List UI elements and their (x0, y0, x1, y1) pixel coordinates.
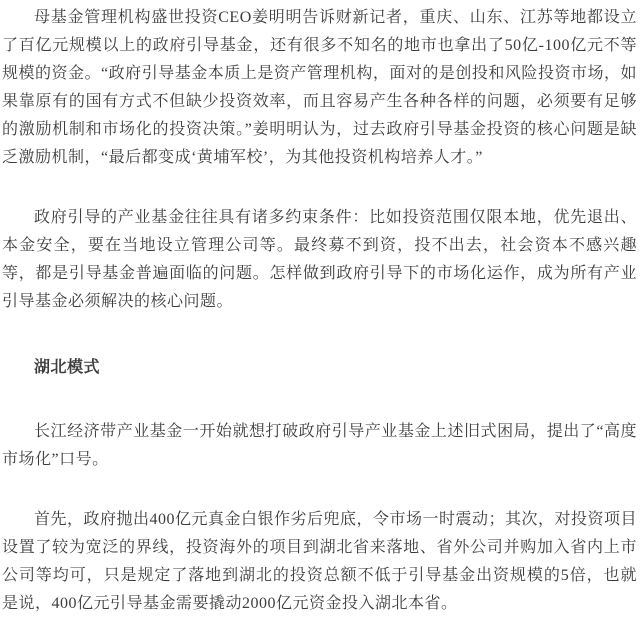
paragraph-fund-leverage-rules: 首先，政府抛出400亿元真金白银作劣后兜底，令市场一时震动；其次，对投资项目设置… (2, 506, 637, 618)
section-heading-hubei-model: 湖北模式 (2, 354, 637, 382)
paragraph-fund-managers: 母基金管理机构盛世投资CEO姜明明告诉财新记者，重庆、山东、江苏等地都设立了百亿… (2, 4, 637, 172)
paragraph-yangtze-fund-slogan: 长江经济带产业基金一开始就想打破政府引导产业基金上述旧式困局，提出了“高度市场化… (2, 418, 637, 474)
paragraph-fund-constraints: 政府引导的产业基金往往具有诸多约束条件：比如投资范围仅限本地，优先退出、本金安全… (2, 204, 637, 316)
article-body: 母基金管理机构盛世投资CEO姜明明告诉财新记者，重庆、山东、江苏等地都设立了百亿… (0, 0, 640, 618)
